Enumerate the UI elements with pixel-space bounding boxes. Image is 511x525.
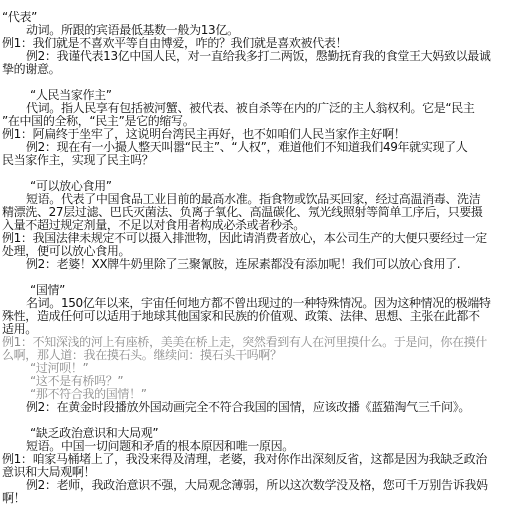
entry-definition-cont: 殊性，造成任何可以适用于地球其他国家和民族的价值观、政策、法律、思想、主张在此都… [2, 310, 507, 323]
document-body: “代表” 动词。所跟的宾语最低基数一般为13亿。 例1：我们就是不喜欢平等自由博… [2, 11, 507, 505]
dialogue-line: “这不是有桥吗？” [2, 375, 507, 388]
entry-definition-cont: 精漂洗、27层过滤、巴氏灭菌法、负离子氧化、高温碳化、氖光线照射等简单工序后，只… [2, 206, 507, 219]
entry-daibiao: “代表” 动词。所跟的宾语最低基数一般为13亿。 例1：我们就是不喜欢平等自由博… [2, 11, 507, 76]
entry-example-1: 例1：我国法律未规定不可以摄入排泄物，因此请消费者放心，本公司生产的大便只要经过… [2, 232, 507, 245]
spacer [2, 414, 507, 427]
entry-term: “人民当家作主” [2, 89, 507, 102]
entry-definition: 短语。中国一切问题和矛盾的根本原因和唯一原因。 [2, 440, 507, 453]
entry-example-1: 例1：咱家马桶堵上了，我没来得及清理，老婆，我对你作出深刻反省，这都是因为我缺乏… [2, 453, 507, 466]
entry-example-1-cont: 意识和大局观啊！ [2, 466, 507, 479]
entry-keyi-fangxin-shiyong: “可以放心食用” 短语。代表了中国食品工业目前的最高水准。指食物或饮品买回家，经… [2, 180, 507, 271]
entry-term: “代表” [2, 11, 507, 24]
entry-example-2: 例2：现在有一小撮人整天叫嚣“民主”、“人权”，难道他们不知道我们49年就实现了… [2, 141, 507, 154]
entry-example-1: 例1：我们就是不喜欢平等自由博爱，咋的？我们就是喜欢被代表！ [2, 37, 507, 50]
entry-example-2-cont: 挚的谢意。 [2, 63, 507, 76]
entry-term: “国情” [2, 284, 507, 297]
entry-example-2-cont: 民当家作主，实现了民主吗？ [2, 154, 507, 167]
entry-definition-cont: 适用。 [2, 323, 507, 336]
entry-example-1-cont: 么啊，那人道：我在摸石头。继续问：摸石头干吗啊？ [2, 349, 507, 362]
entry-term: “可以放心食用” [2, 180, 507, 193]
entry-definition: 动词。所跟的宾语最低基数一般为13亿。 [2, 24, 507, 37]
entry-definition: 代词。指人民享有包括被河蟹、被代表、被自杀等在内的广泛的主人翁权利。它是“民主 [2, 102, 507, 115]
entry-example-2: 例2：老婆！XX牌牛奶里除了三聚氰胺，连尿素都没有添加呢！我们可以放心食用了. [2, 258, 507, 271]
entry-definition: 名词。150亿年以来，宇宙任何地方都不曾出现过的一种特殊情况。因为这种情况的极端… [2, 297, 507, 310]
entry-definition: 短语。代表了中国食品工业目前的最高水准。指食物或饮品买回家，经过高温消毒、洗洁 [2, 193, 507, 206]
entry-guoqing: “国情” 名词。150亿年以来，宇宙任何地方都不曾出现过的一种特殊情况。因为这种… [2, 284, 507, 414]
entry-example-2-cont: 啊！ [2, 492, 507, 505]
spacer [2, 167, 507, 180]
entry-definition-cont: ”在中国的全称，“民主”是它的缩写。 [2, 115, 507, 128]
dialogue-line: “那不符合我的国情！” [2, 388, 507, 401]
dialogue-line: “过河呗！” [2, 362, 507, 375]
entry-renmin-dangjia-zuozhu: “人民当家作主” 代词。指人民享有包括被河蟹、被代表、被自杀等在内的广泛的主人翁… [2, 89, 507, 167]
spacer [2, 76, 507, 89]
entry-definition-cont: 入量不超过规定剂量，不足以对食用者构成必杀或者秒杀。 [2, 219, 507, 232]
entry-example-2: 例2：我谨代表13亿中国人民，对一直给我多打二两饭，慇勤抚育我的食堂王大妈致以最… [2, 50, 507, 63]
entry-example-2: 例2：在黄金时段播放外国动画完全不符合我国的国情，应该改播《蓝猫淘气三千问》。 [2, 401, 507, 414]
spacer [2, 271, 507, 284]
entry-term: “缺乏政治意识和大局观” [2, 427, 507, 440]
entry-example-1: 例1：阿扁终于坐牢了，这说明台湾民主再好，也不如咱们人民当家作主好啊！ [2, 128, 507, 141]
entry-example-1: 例1：不知深浅的河上有座桥，美美在桥上走，突然看到有人在河里摸什么。于是问，你在… [2, 336, 507, 349]
entry-example-2: 例2：老师，我政治意识不强，大局观念薄弱，所以这次数学没及格，您可千万别告诉我妈 [2, 479, 507, 492]
entry-example-1-cont: 处理，便可以放心食用。 [2, 245, 507, 258]
entry-quefa-zhengzhi-yishi: “缺乏政治意识和大局观” 短语。中国一切问题和矛盾的根本原因和唯一原因。 例1：… [2, 427, 507, 505]
